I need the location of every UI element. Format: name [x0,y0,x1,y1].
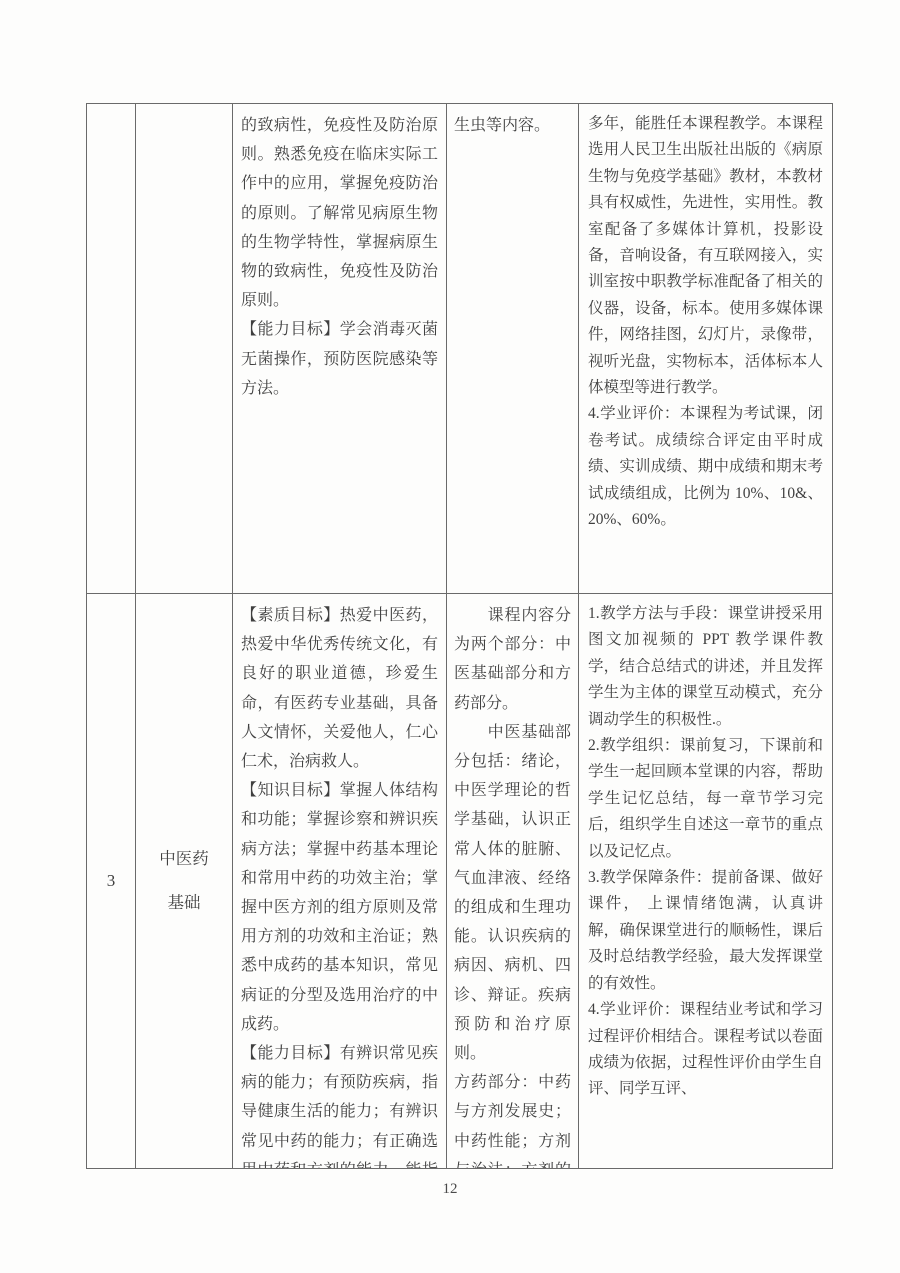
cell-course-teaching: 多年，能胜任本课程教学。本课程选用人民卫生出版社出版的《病原生物与免疫学基础》教… [579,104,833,594]
course-table: 的致病性，免疫性及防治原则。熟悉免疫在临床实际工作中的应用，掌握免疫防治的原则。… [86,103,833,1169]
cell-course-objectives: 【素质目标】热爱中医药，热爱中华优秀传统文化，有良好的职业道德，珍爱生命，有医药… [233,594,447,1169]
document-page: 的致病性，免疫性及防治原则。熟悉免疫在临床实际工作中的应用，掌握免疫防治的原则。… [0,0,900,1273]
cell-course-teaching: 1.教学方法与手段：课堂讲授采用图文加视频的 PPT 教学课件教学，结合总结式的… [579,594,833,1169]
cell-course-name [136,104,233,594]
cell-course-objectives: 的致病性，免疫性及防治原则。熟悉免疫在临床实际工作中的应用，掌握免疫防治的原则。… [233,104,447,594]
page-number: 12 [0,1181,900,1198]
cell-course-name: 中医药基础 [136,594,233,1169]
cell-course-content: 生虫等内容。 [447,104,579,594]
cell-course-content: 课程内容分为两个部分：中医基础部分和方药部分。 中医基础部分包括：绪论，中医学理… [447,594,579,1169]
cell-course-index: 3 [87,594,136,1169]
cell-course-index [87,104,136,594]
